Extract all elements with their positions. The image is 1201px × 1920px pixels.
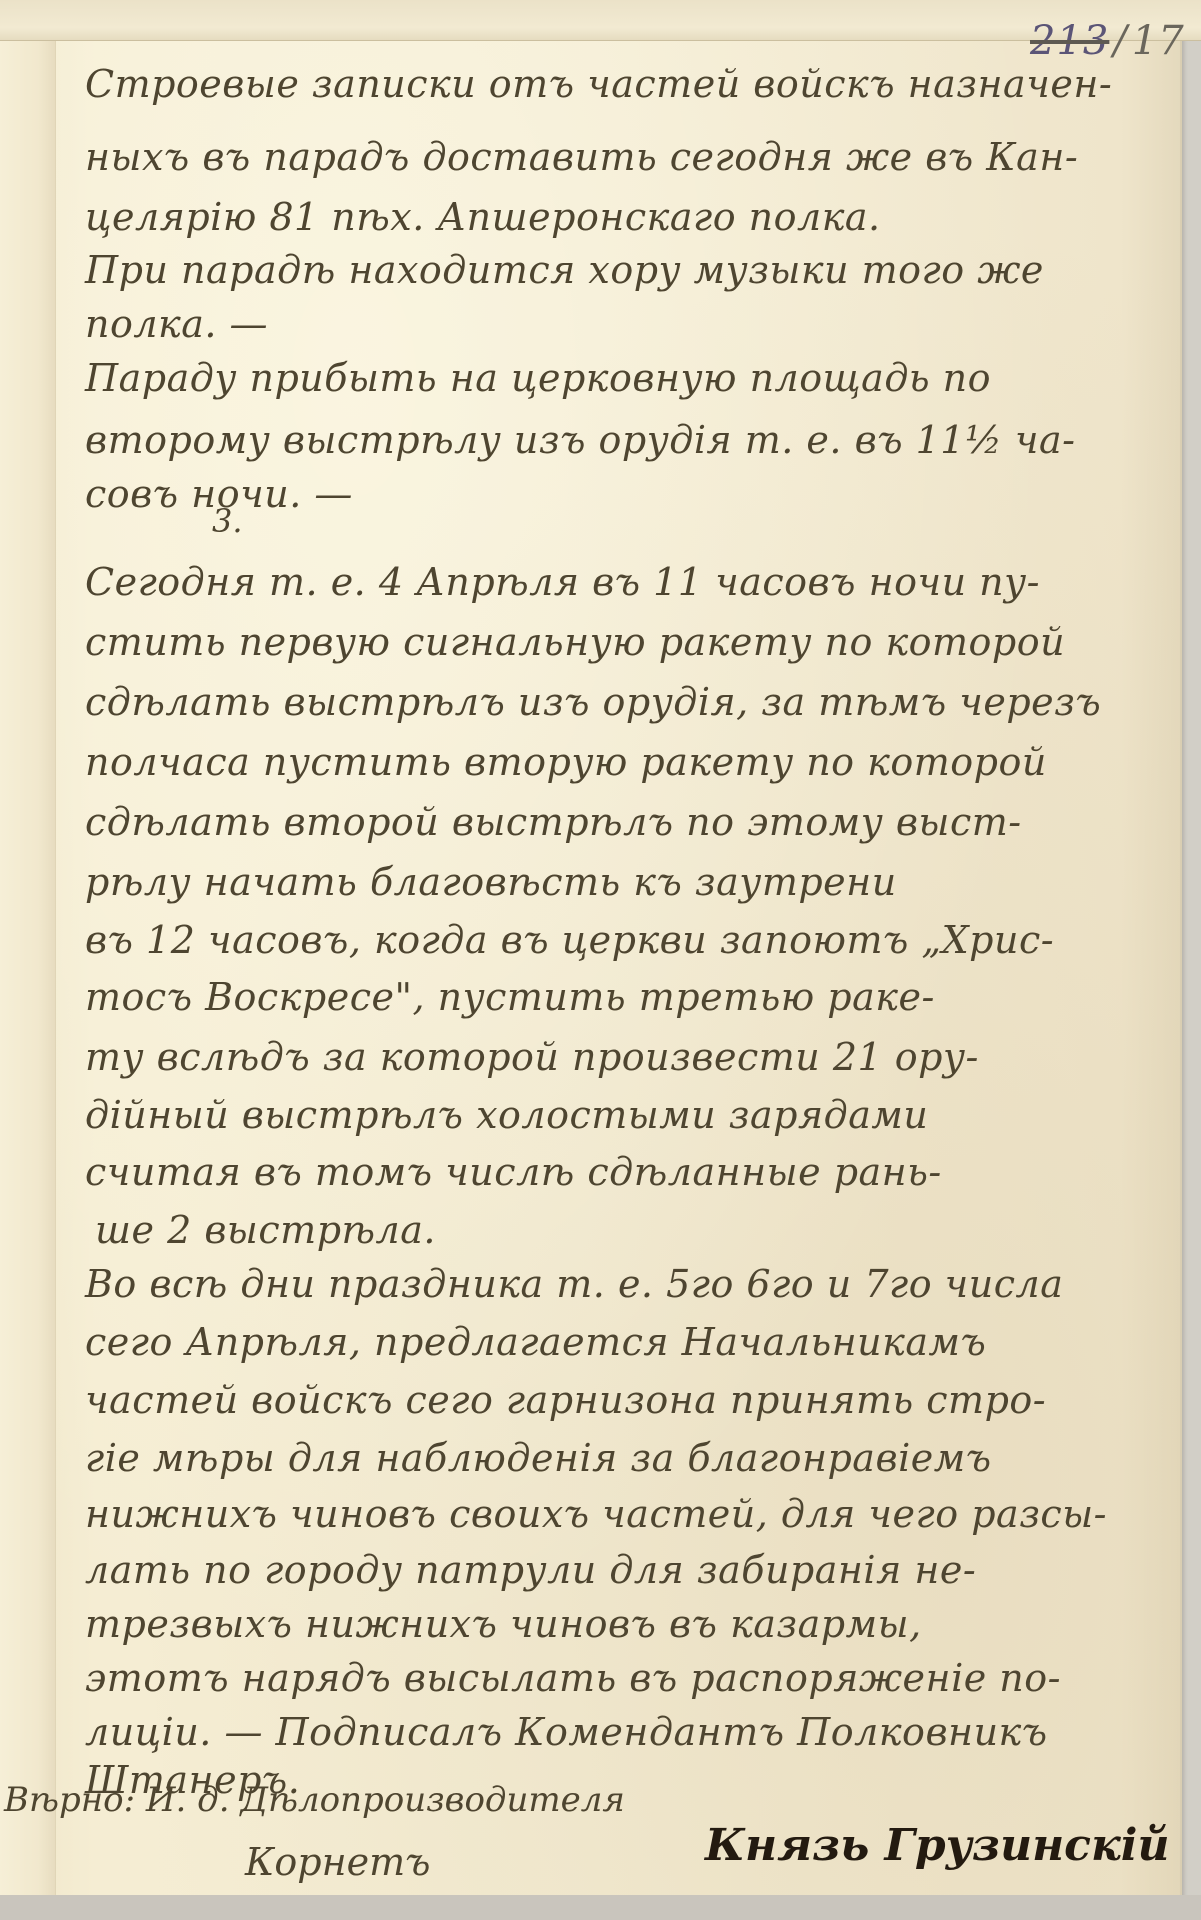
text-line: При парадѣ находится хору музыки того же — [85, 248, 1044, 292]
scan-background-edge — [0, 1895, 1201, 1920]
section-number: 3. — [212, 502, 243, 540]
page-number-current: 17 — [1132, 18, 1185, 64]
text-line: целярію 81 пѣх. Апшеронскаго полка. — [85, 195, 881, 239]
text-line: гіе мѣры для наблюденія за благонравіемъ — [85, 1436, 992, 1480]
text-line: лиціи. — Подписалъ Комендантъ Полковникъ — [85, 1710, 1048, 1754]
text-line: сдѣлать второй выстрѣлъ по этому выст- — [85, 800, 1022, 844]
paper-left-fold — [0, 0, 56, 1905]
text-line: рѣлу начать благовѣсть къ заутрени — [85, 860, 897, 904]
clerk-role: И. д. Дѣлопроизводителя — [146, 1780, 625, 1820]
text-line: считая въ томъ числѣ сдѣланные рань- — [85, 1150, 942, 1194]
text-line: ту вслѣдъ за которой произвести 21 ору- — [85, 1035, 979, 1079]
page-number: 213/17 — [1030, 18, 1185, 64]
text-line: Параду прибыть на церковную площадь по — [85, 356, 991, 400]
certification-block: Вѣрно: И. д. Дѣлопроизводителя — [4, 1780, 625, 1820]
text-line: этотъ нарядъ высылать въ распоряженіе по… — [85, 1656, 1061, 1700]
page-number-crossed: 213 — [1030, 18, 1109, 64]
text-line: дійный выстрѣлъ холостыми зарядами — [85, 1093, 928, 1137]
text-line: стить первую сигнальную ракету по которо… — [85, 620, 1065, 664]
text-line: Строевые записки отъ частей войскъ назна… — [85, 62, 1112, 106]
text-line: лать по городу патрули для забиранія не- — [85, 1548, 976, 1592]
text-line: Сегодня т. е. 4 Апрѣля въ 11 часовъ ночи… — [85, 560, 1040, 604]
text-line: въ 12 часовъ, когда въ церкви запоютъ „Х… — [85, 918, 1054, 962]
verified-label: Вѣрно: — [4, 1780, 135, 1820]
text-line: сего Апрѣля, предлагается Начальникамъ — [85, 1320, 986, 1364]
text-line: тосъ Воскресе", пустить третью раке- — [85, 975, 935, 1019]
text-line: нижнихъ чиновъ своихъ частей, для чего р… — [85, 1492, 1107, 1536]
text-line: трезвыхъ нижнихъ чиновъ въ казармы, — [85, 1602, 922, 1646]
text-line: полка. — — [85, 302, 268, 346]
paper-top-fold — [0, 0, 1201, 41]
signature: Князь Грузинскій — [705, 1820, 1169, 1871]
signer-rank: Корнетъ — [245, 1840, 431, 1884]
text-line: Во всѣ дни праздника т. е. 5го 6го и 7го… — [85, 1262, 1063, 1306]
text-line: ныхъ въ парадъ доставить сегодня же въ К… — [85, 135, 1078, 179]
text-line: второму выстрѣлу изъ орудія т. е. въ 11½… — [85, 418, 1076, 462]
text-line: частей войскъ сего гарнизона принять стр… — [85, 1378, 1046, 1422]
document-scan: 213/17 Строевые записки отъ частей войск… — [0, 0, 1201, 1920]
text-line: сдѣлать выстрѣлъ изъ орудія, за тѣмъ чер… — [85, 680, 1101, 724]
text-line: полчаса пустить вторую ракету по которой — [85, 740, 1047, 784]
text-line: ше 2 выстрѣла. — [95, 1208, 436, 1252]
